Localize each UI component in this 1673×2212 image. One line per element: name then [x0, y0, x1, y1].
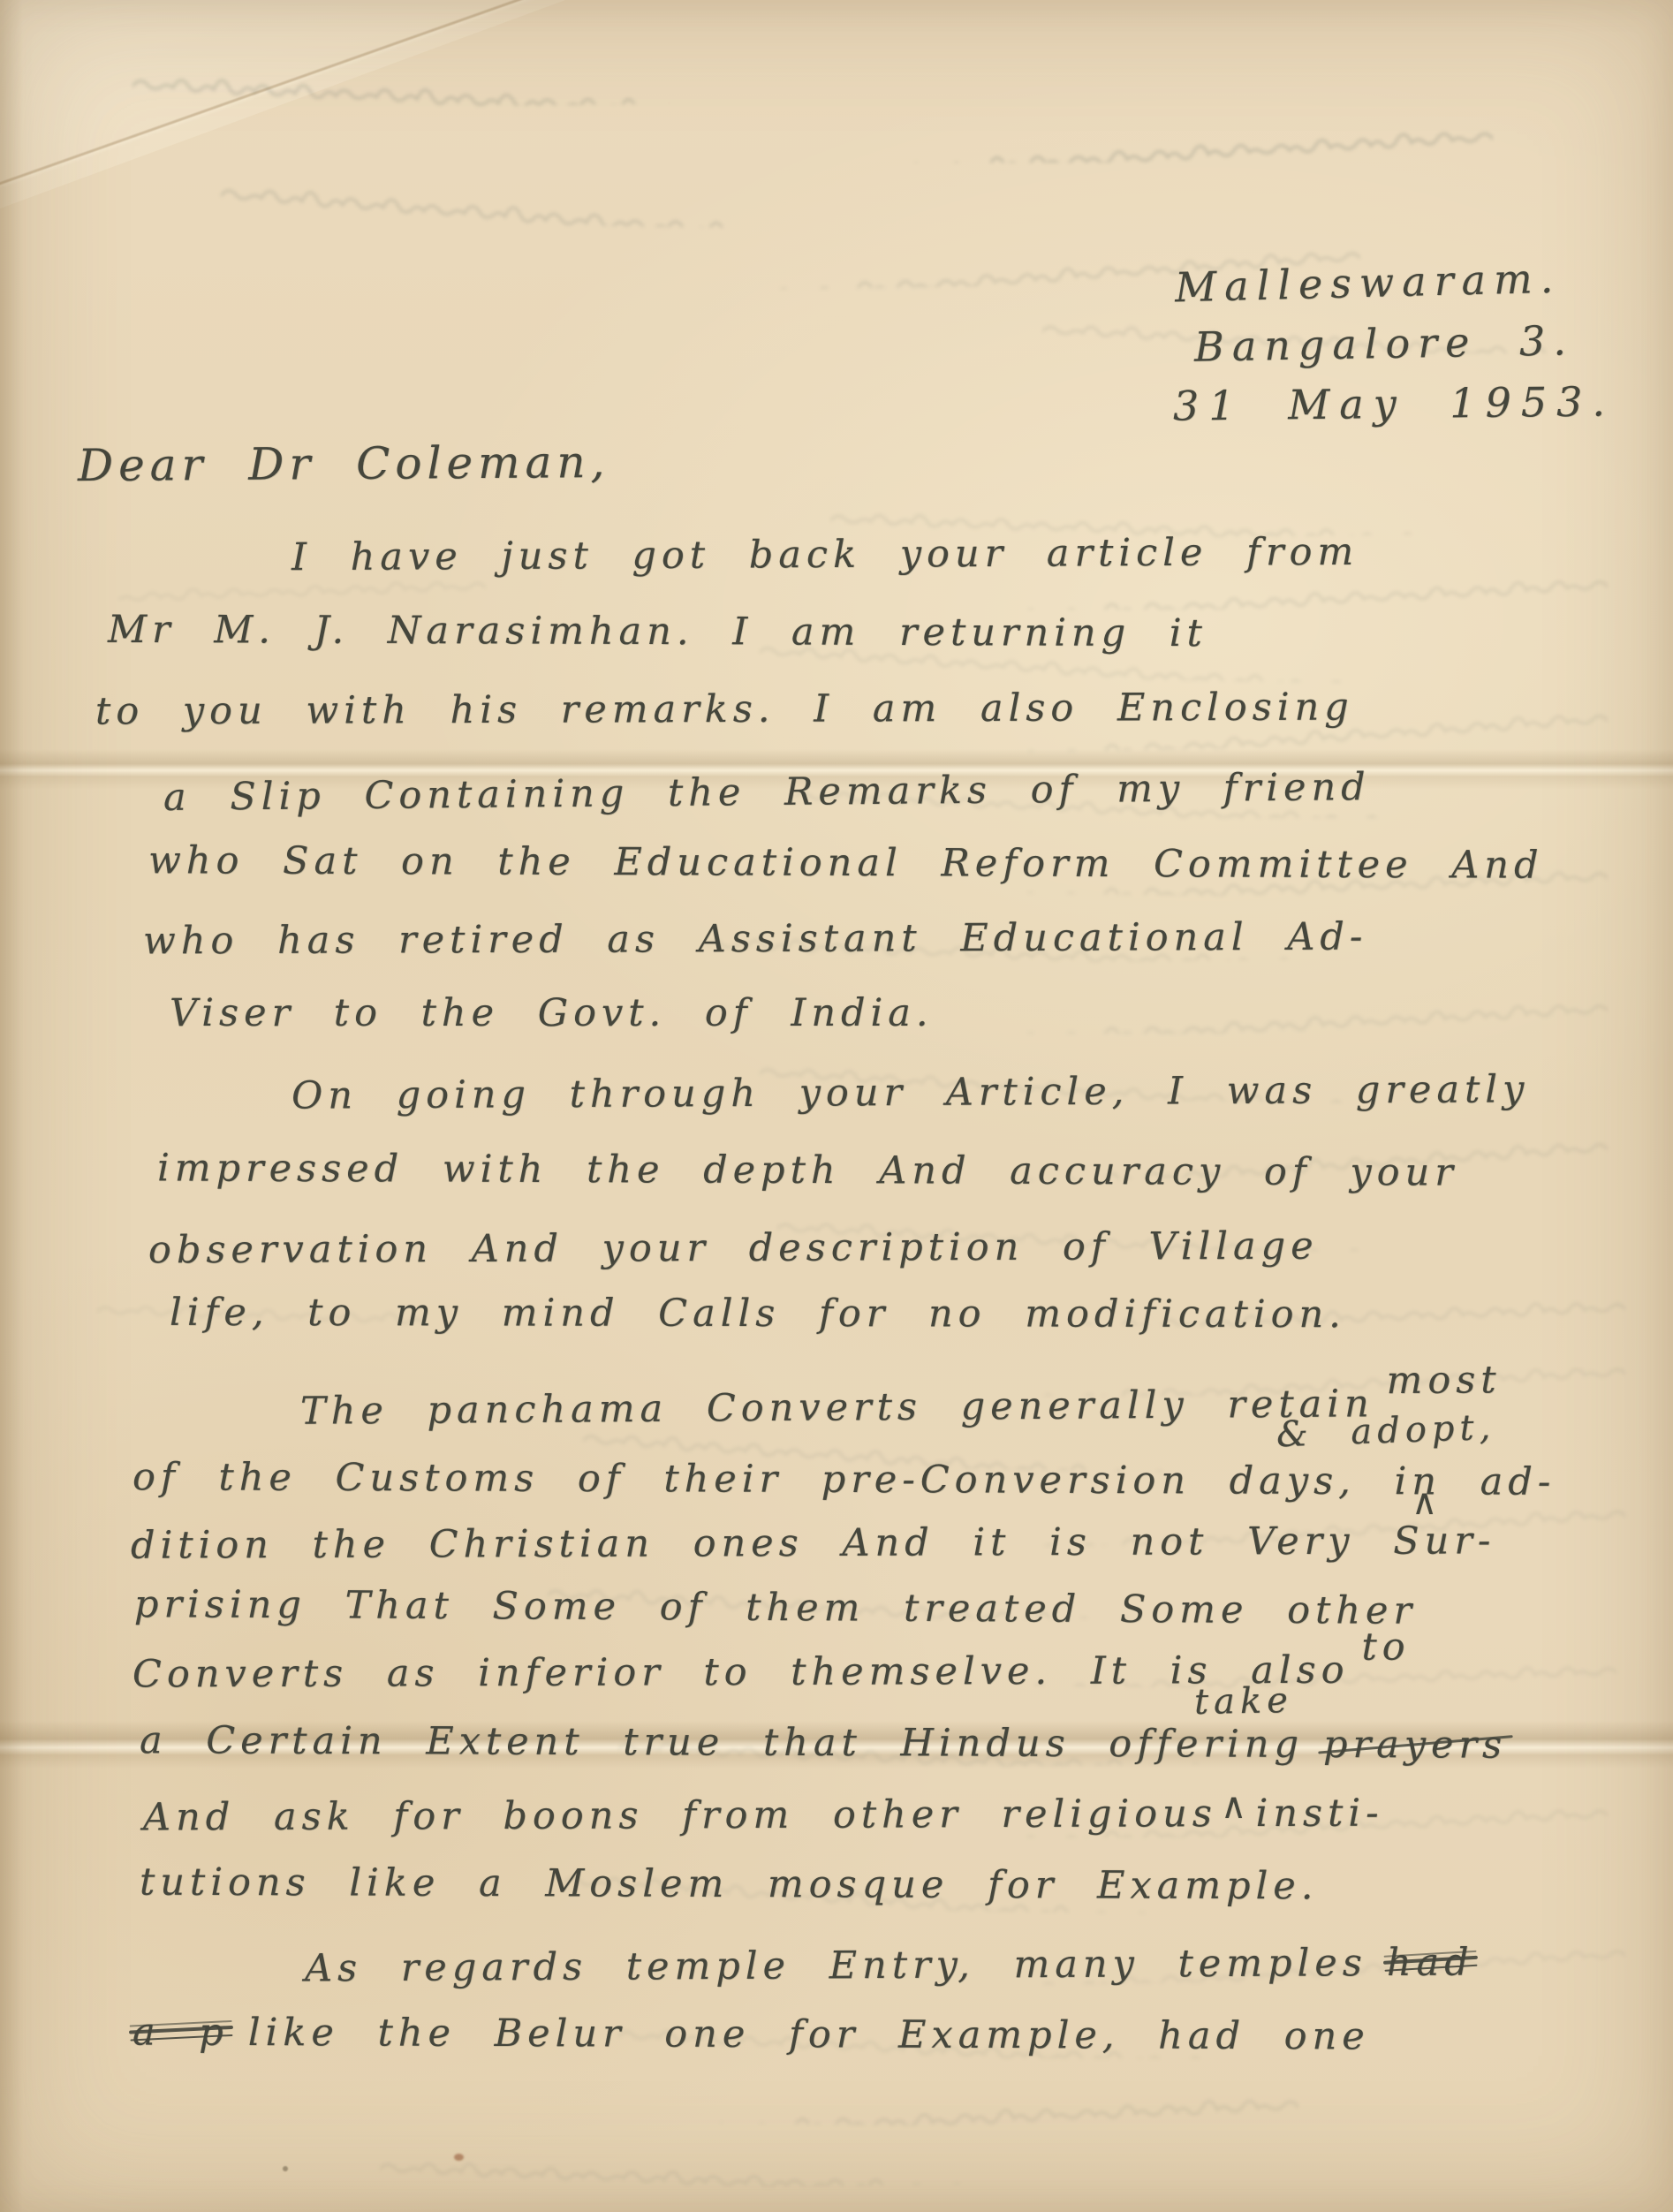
letter-line-p1l7: Viser to the Govt. of India.	[170, 991, 934, 1035]
line-text: observation And your description of Vill…	[148, 1224, 1319, 1273]
letter-line-p2l3: observation And your description of Vill…	[148, 1224, 1319, 1273]
line-text: tutions like a Moslem mosque for Example…	[140, 1860, 1319, 1909]
letter-page: Malleswaram. Bangalore 3. 31 May 1953. D…	[0, 0, 1673, 2212]
letter-line-p1l2: Mr M. J. Narasimhan. I am returning it	[108, 608, 1207, 655]
letter-line-p3l7: And ask for boons from other religious i…	[143, 1792, 1384, 1840]
letter-line-p1l3: to you with his remarks. I am also Enclo…	[95, 686, 1354, 734]
line-text: prising That Some of them treated Some o…	[134, 1582, 1417, 1633]
letter-line-p1l4: a Slip Containing the Remarks of my frie…	[163, 765, 1371, 820]
header-date-line: 31 May 1953.	[1173, 377, 1616, 429]
handwriting-layer: Malleswaram. Bangalore 3. 31 May 1953. D…	[0, 0, 1673, 2212]
salutation: Dear Dr Coleman,	[78, 436, 610, 491]
line-text: life, to my mind Calls for no modificati…	[170, 1291, 1346, 1337]
line-text: dition the Christian ones And it is not …	[131, 1519, 1496, 1567]
line-text: The panchama Converts generally retain	[300, 1382, 1374, 1433]
struck-out-word: a p	[132, 2011, 229, 2055]
raised-word: most	[1386, 1358, 1501, 1403]
line-text: a Slip Containing the Remarks of my frie…	[163, 765, 1371, 820]
raised-word: to	[1361, 1625, 1410, 1669]
letter-line-p1l1: I have just got back your article from	[291, 530, 1359, 580]
header-place-line: Malleswaram.	[1174, 254, 1561, 312]
struck-out-word: prayers	[1323, 1723, 1507, 1768]
line-text: On going through your Article, I was gre…	[291, 1067, 1530, 1117]
line-text: Converts as inferior to themselve. It is…	[132, 1648, 1350, 1697]
inserted-word: & adopt,	[1276, 1407, 1496, 1456]
line-text: a Certain Extent true that Hindus offeri…	[140, 1718, 1304, 1767]
letter-line-p1l5: who Sat on the Educational Reform Commit…	[148, 838, 1544, 888]
line-text: of the Customs of their pre-Conversion d…	[132, 1455, 1556, 1504]
line-text: Viser to the Govt. of India.	[170, 991, 934, 1035]
letter-line-p4l1: As regards temple Entry, many templeshad	[305, 1941, 1474, 1991]
letter-line-p3l2: of the Customs of their pre-Conversion d…	[132, 1455, 1556, 1504]
line-text: As regards temple Entry, many temples	[305, 1941, 1367, 1990]
letter-line-p3l3: dition the Christian ones And it is not …	[131, 1519, 1496, 1567]
letter-line-p4l2: a plike the Belur one for Example, had o…	[132, 2011, 1370, 2059]
line-text: impressed with the depth And accuracy of…	[157, 1146, 1458, 1194]
line-text: who Sat on the Educational Reform Commit…	[148, 838, 1544, 888]
line-text: who has retired as Assistant Educational…	[143, 915, 1368, 964]
inserted-word: take	[1194, 1680, 1294, 1723]
line-text: like the Belur one for Example, had one	[248, 2011, 1370, 2058]
line-text: I have just got back your article from	[291, 530, 1359, 580]
letter-line-p2l2: impressed with the depth And accuracy of…	[157, 1146, 1458, 1194]
letter-line-p2l1: On going through your Article, I was gre…	[291, 1067, 1530, 1117]
line-text: Mr M. J. Narasimhan. I am returning it	[108, 608, 1207, 655]
insertion-caret	[1412, 1482, 1437, 1523]
line-text: to you with his remarks. I am also Enclo…	[95, 686, 1354, 734]
struck-out-word: had	[1387, 1941, 1474, 1986]
insertion-caret	[1221, 1786, 1246, 1827]
header-city-line: Bangalore 3.	[1194, 316, 1575, 370]
line-text: And ask for boons from other religious i…	[143, 1792, 1384, 1840]
letter-line-p2l4: life, to my mind Calls for no modificati…	[170, 1291, 1346, 1337]
letter-line-p3l6: a Certain Extent true that Hindus offeri…	[140, 1718, 1507, 1767]
letter-line-p3l8: tutions like a Moslem mosque for Example…	[140, 1860, 1319, 1909]
letter-line-p3l4: prising That Some of them treated Some o…	[134, 1582, 1417, 1633]
letter-line-p1l6: who has retired as Assistant Educational…	[143, 915, 1368, 964]
